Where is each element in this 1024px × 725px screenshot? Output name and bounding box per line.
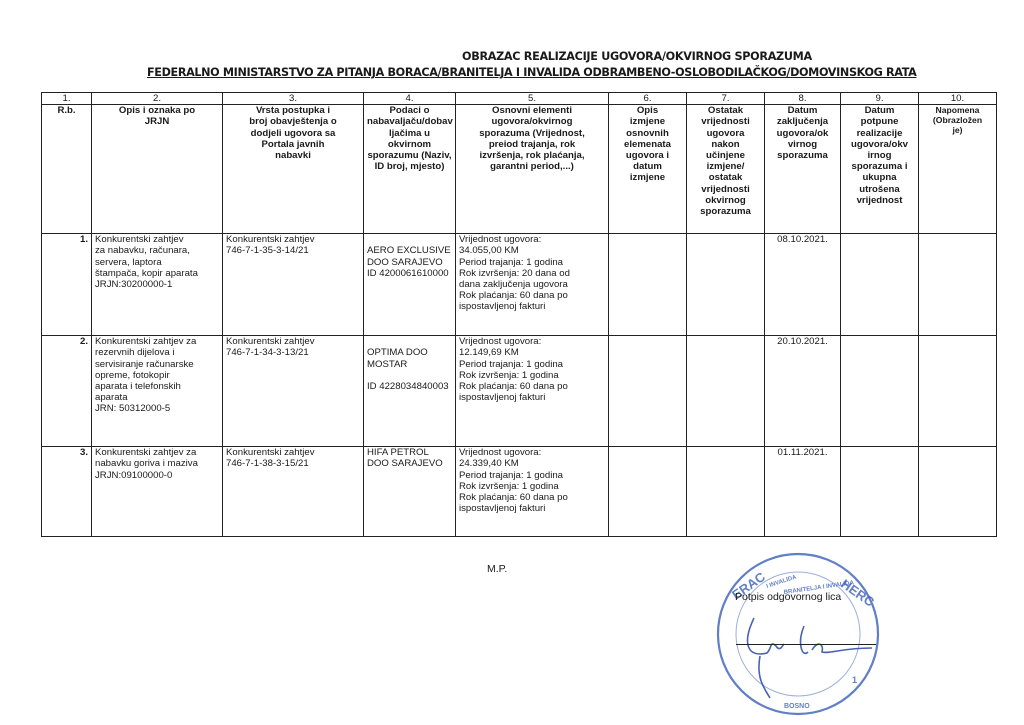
remaining-value-cell [687, 447, 765, 537]
text-line: 746-7-1-38-3-15/21 [226, 458, 360, 469]
text-line: ugovora i [612, 150, 683, 161]
text-line: JRJN [95, 116, 219, 127]
text-line: Osnovni elementi [459, 105, 605, 116]
text-line: Podaci o [367, 105, 452, 116]
description-cell: Konkurentski zahtjev zanabavku goriva i … [92, 447, 223, 537]
text-line: izmjene [612, 116, 683, 127]
text-line: broj obavještenja o [226, 116, 360, 127]
svg-text:1: 1 [852, 675, 857, 685]
text-line: JRJN:30200000-1 [95, 279, 219, 290]
column-header: Ostatakvrijednostiugovoranakonučinjeneiz… [687, 105, 765, 234]
text-line: je) [922, 125, 993, 135]
contracts-table: 1. 2. 3. 4. 5. 6. 7. 8. 9. 10. R.b. Opis… [41, 92, 997, 537]
text-line: okvirnom [367, 139, 452, 150]
remaining-value-cell [687, 234, 765, 336]
text-line: (Obrazložen [922, 115, 993, 125]
text-line: Datum [844, 105, 915, 116]
text-line: irnog [844, 150, 915, 161]
text-line: ID 4228034840003 [367, 381, 452, 392]
text-line: ugovora/okv [844, 139, 915, 150]
text-line: Opis [612, 105, 683, 116]
realization-date-cell [841, 336, 919, 447]
text-line: ispostavljenoj fakturi [459, 301, 605, 312]
column-number-row: 1. 2. 3. 4. 5. 6. 7. 8. 9. 10. [42, 93, 997, 105]
text-line: Vrijednost ugovora: [459, 234, 605, 245]
procedure-cell: Konkurentski zahtjev746-7-1-34-3-13/21 [223, 336, 364, 447]
text-line: Konkurentski zahtjev [226, 234, 360, 245]
text-line [367, 370, 452, 381]
text-line: sporazuma i [844, 161, 915, 172]
procedure-cell: Konkurentski zahtjev746-7-1-35-3-14/21 [223, 234, 364, 336]
contract-elements-cell: Vrijednost ugovora:12.149,69 KMPeriod tr… [456, 336, 609, 447]
note-cell [919, 336, 997, 447]
text-line: ispostavljenoj fakturi [459, 392, 605, 403]
text-line: Konkurentski zahtjev za [95, 447, 219, 458]
change-description-cell [609, 234, 687, 336]
text-line: utrošena [844, 184, 915, 195]
text-line: Period trajanja: 1 godina [459, 257, 605, 268]
text-line: vrijednosti [690, 116, 761, 127]
text-line: 34.055,00 KM [459, 245, 605, 256]
text-line: ljačima u [367, 128, 452, 139]
text-line: ID broj, mjesto) [367, 161, 452, 172]
column-number: 6. [609, 93, 687, 105]
text-line: ugovora/ok [768, 128, 837, 139]
contract-elements-cell: Vrijednost ugovora:34.055,00 KMPeriod tr… [456, 234, 609, 336]
text-line: vrijednosti [690, 184, 761, 195]
text-line: dana zaključenja ugovora [459, 279, 605, 290]
remaining-value-cell [687, 336, 765, 447]
procedure-cell: Konkurentski zahtjev746-7-1-38-3-15/21 [223, 447, 364, 537]
svg-text:BOSNO: BOSNO [784, 703, 810, 710]
column-number: 2. [92, 93, 223, 105]
text-line: realizacije [844, 128, 915, 139]
note-cell [919, 234, 997, 336]
text-line: izmjene [612, 172, 683, 183]
text-line: aparata i telefonskih [95, 381, 219, 392]
text-line: DOO SARAJEVO [367, 458, 452, 469]
text-line: ukupna [844, 172, 915, 183]
text-line: Konkurentski zahtjev [226, 336, 360, 347]
text-line: Period trajanja: 1 godina [459, 359, 605, 370]
conclusion-date-cell: 08.10.2021. [765, 234, 841, 336]
text-line: 24.339,40 KM [459, 458, 605, 469]
text-line: Period trajanja: 1 godina [459, 470, 605, 481]
text-line [367, 336, 452, 347]
text-line: nabavku goriva i maziva [95, 458, 219, 469]
column-header: Opisizmjeneosnovnihelemenataugovora idat… [609, 105, 687, 234]
change-description-cell [609, 447, 687, 537]
text-line: Vrsta postupka i [226, 105, 360, 116]
realization-date-cell [841, 234, 919, 336]
column-header: Napomena(Obrazloženje) [919, 105, 997, 234]
seal-placeholder-label: M.P. [487, 563, 507, 575]
text-line: ugovora [690, 128, 761, 139]
text-line: R.b. [45, 105, 88, 116]
text-line: nabavaljaču/dobav [367, 116, 452, 127]
text-line: 746-7-1-34-3-13/21 [226, 347, 360, 358]
text-line: Datum [768, 105, 837, 116]
text-line: Rok plaćanja: 60 dana po [459, 290, 605, 301]
column-number: 9. [841, 93, 919, 105]
text-line: zaključenja [768, 116, 837, 127]
text-line: AERO EXCLUSIVE [367, 245, 452, 256]
column-header: Datumpotpunerealizacijeugovora/okvirnogs… [841, 105, 919, 234]
text-line: sporazuma [768, 150, 837, 161]
text-line: sporazumu (Naziv, [367, 150, 452, 161]
change-description-cell [609, 336, 687, 447]
text-line: dodjeli ugovora sa [226, 128, 360, 139]
text-line: ID 4200061610000 [367, 268, 452, 279]
text-line: Portala javnih [226, 139, 360, 150]
table-row: 3. Konkurentski zahtjev zanabavku goriva… [42, 447, 997, 537]
text-line: okvirnog [690, 195, 761, 206]
column-number: 1. [42, 93, 92, 105]
note-cell [919, 447, 997, 537]
text-line: opreme, fotokopir [95, 370, 219, 381]
text-line: Rok izvršenja: 1 godina [459, 481, 605, 492]
supplier-cell: OPTIMA DOOMOSTAR ID 4228034840003 [364, 336, 456, 447]
text-line: Vrijednost ugovora: [459, 447, 605, 458]
signature-line [736, 644, 876, 645]
text-line: DOO SARAJEVO [367, 257, 452, 268]
column-header: Osnovni elementiugovora/okvirnogsporazum… [456, 105, 609, 234]
text-line: preiod trajanja, rok [459, 139, 605, 150]
column-number: 7. [687, 93, 765, 105]
document-subtitle: FEDERALNO MINISTARSTVO ZA PITANJA BORACA… [147, 66, 916, 79]
text-line: izmjene/ [690, 161, 761, 172]
text-line: JRN: 50312000-5 [95, 403, 219, 414]
text-line: ispostavljenoj fakturi [459, 503, 605, 514]
description-cell: Konkurentski zahtjevza nabavku, računara… [92, 234, 223, 336]
official-stamp-icon: ERAC HERC I INVALIDA BRANITELJA I INVALI… [712, 548, 887, 718]
table-row: 1. Konkurentski zahtjevza nabavku, račun… [42, 234, 997, 336]
text-line: virnog [768, 139, 837, 150]
text-line: OPTIMA DOO [367, 347, 452, 358]
column-header: Podaci onabavaljaču/dobavljačima uokvirn… [364, 105, 456, 234]
text-line: HIFA PETROL [367, 447, 452, 458]
row-number: 1. [42, 234, 92, 336]
column-number: 10. [919, 93, 997, 105]
column-header: Datumzaključenjaugovora/okvirnogsporazum… [765, 105, 841, 234]
header-row: R.b. Opis i oznaka poJRJN Vrsta postupka… [42, 105, 997, 234]
column-number: 4. [364, 93, 456, 105]
signature-label: Potpis odgovornog lica [735, 591, 841, 603]
supplier-cell: AERO EXCLUSIVEDOO SARAJEVOID 42000616100… [364, 234, 456, 336]
text-line: rezervnih dijelova i [95, 347, 219, 358]
conclusion-date-cell: 01.11.2021. [765, 447, 841, 537]
text-line: Rok izvršenja: 1 godina [459, 370, 605, 381]
text-line: servera, laptora [95, 257, 219, 268]
text-line: za nabavku, računara, [95, 245, 219, 256]
column-number: 8. [765, 93, 841, 105]
text-line: izvršenja, rok plaćanja, [459, 150, 605, 161]
text-line: 12.149,69 KM [459, 347, 605, 358]
table-row: 2. Konkurentski zahtjev zarezervnih dije… [42, 336, 997, 447]
text-line: ugovora/okvirnog [459, 116, 605, 127]
row-number: 2. [42, 336, 92, 447]
text-line: sporazuma (Vrijednost, [459, 128, 605, 139]
text-line: Konkurentski zahtjev [95, 234, 219, 245]
column-header: Opis i oznaka poJRJN [92, 105, 223, 234]
text-line: 746-7-1-35-3-14/21 [226, 245, 360, 256]
contract-elements-cell: Vrijednost ugovora:24.339,40 KMPeriod tr… [456, 447, 609, 537]
text-line: nakon [690, 139, 761, 150]
column-number: 3. [223, 93, 364, 105]
conclusion-date-cell: 20.10.2021. [765, 336, 841, 447]
text-line: aparata [95, 392, 219, 403]
text-line: Vrijednost ugovora: [459, 336, 605, 347]
text-line: datum [612, 161, 683, 172]
text-line: Rok izvršenja: 20 dana od [459, 268, 605, 279]
text-line: Konkurentski zahtjev za [95, 336, 219, 347]
text-line: sporazuma [690, 206, 761, 217]
text-line: nabavki [226, 150, 360, 161]
supplier-cell: HIFA PETROLDOO SARAJEVO [364, 447, 456, 537]
column-header: R.b. [42, 105, 92, 234]
text-line [367, 234, 452, 245]
text-line: Rok plaćanja: 60 dana po [459, 492, 605, 503]
svg-text:I INVALIDA: I INVALIDA [766, 574, 798, 590]
column-header: Vrsta postupka ibroj obavještenja ododje… [223, 105, 364, 234]
text-line: potpune [844, 116, 915, 127]
text-line: servisiranje računarske [95, 359, 219, 370]
text-line: Ostatak [690, 105, 761, 116]
realization-date-cell [841, 447, 919, 537]
text-line: Opis i oznaka po [95, 105, 219, 116]
text-line: vrijednost [844, 195, 915, 206]
text-line: JRJN:09100000-0 [95, 470, 219, 481]
description-cell: Konkurentski zahtjev zarezervnih dijelov… [92, 336, 223, 447]
text-line: MOSTAR [367, 359, 452, 370]
text-line: garantni period,...) [459, 161, 605, 172]
text-line: Konkurentski zahtjev [226, 447, 360, 458]
document-title: OBRAZAC REALIZACIJE UGOVORA/OKVIRNOG SPO… [462, 50, 812, 63]
text-line: osnovnih [612, 128, 683, 139]
text-line: ostatak [690, 172, 761, 183]
text-line: štampača, kopir aparata [95, 268, 219, 279]
text-line: elemenata [612, 139, 683, 150]
text-line: Napomena [922, 105, 993, 115]
text-line: učinjene [690, 150, 761, 161]
row-number: 3. [42, 447, 92, 537]
column-number: 5. [456, 93, 609, 105]
text-line: Rok plaćanja: 60 dana po [459, 381, 605, 392]
